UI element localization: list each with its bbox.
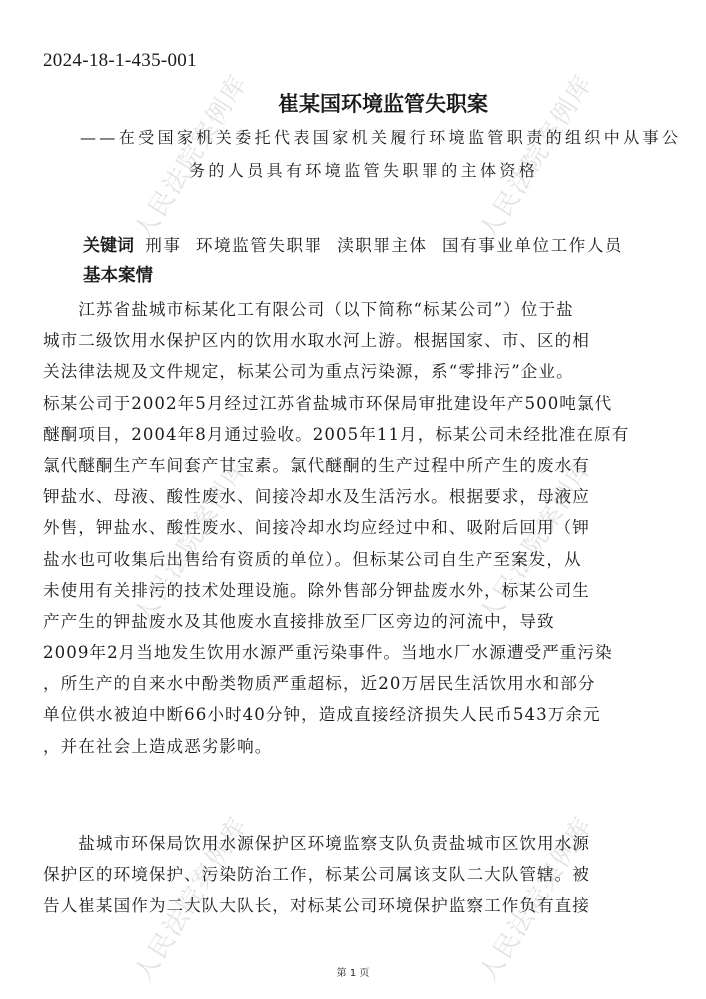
text-line: 单位供水被迫中断66小时40分钟，造成直接经济损失人民币543万余元 xyxy=(43,699,663,730)
case-id: 2024-18-1-435-001 xyxy=(43,50,197,72)
keyword: 渎职罪主体 xyxy=(337,236,428,255)
text-line: 关法律法规及文件规定，标某公司为重点污染源，系“零排污”企业。 xyxy=(43,356,663,387)
text-line: 告人崔某国作为二大队大队长，对标某公司环境保护监察工作负有直接 xyxy=(43,890,663,921)
text-line: ，所生产的自来水中酚类物质严重超标，近20万居民生活饮用水和部分 xyxy=(43,668,663,699)
page-prefix: 第 xyxy=(337,968,347,979)
text-line: 盐城市环保局饮用水源保护区环境监察支队负责盐城市区饮用水源 xyxy=(43,828,663,859)
text-line: 未使用有关排污的技术处理设施。除外售部分钾盐废水外，标某公司生 xyxy=(43,575,663,606)
keyword: 环境监管失职罪 xyxy=(196,236,323,255)
text-line: 盐水也可收集后出售给有资质的单位）。但标某公司自生产至案发，从 xyxy=(43,544,663,575)
keyword: 刑事 xyxy=(145,236,181,255)
text-line: 城市二级饮用水保护区内的饮用水取水河上游。根据国家、市、区的相 xyxy=(43,325,663,356)
text-line: 江苏省盐城市标某化工有限公司（以下简称“标某公司”）位于盐 xyxy=(43,294,663,325)
paragraph: 盐城市环保局饮用水源保护区环境监察支队负责盐城市区饮用水源 保护区的环境保护、污… xyxy=(43,828,663,922)
text-line: ，并在社会上造成恶劣影响。 xyxy=(43,731,663,762)
subtitle-line: 务的人员具有环境监管失职罪的主体资格 xyxy=(189,158,538,181)
text-line: 2009年2月当地发生饮用水源严重污染事件。当地水厂水源遭受严重污染 xyxy=(43,637,663,668)
document-title: 崔某国环境监管失职案 xyxy=(0,88,706,118)
text-line: 标某公司于2002年5月经过江苏省盐城市环保局审批建设年产500吨氯代 xyxy=(43,388,663,419)
text-line: 外售，钾盐水、酸性废水、间接冷却水均应经过中和、吸附后回用（钾 xyxy=(43,512,663,543)
keyword: 国有事业单位工作人员 xyxy=(442,236,623,255)
keywords-row: 关键词 刑事 环境监管失职罪 渎职罪主体 国有事业单位工作人员 xyxy=(83,231,632,256)
text-line: 钾盐水、母液、酸性废水、间接冷却水及生活污水。根据要求，母液应 xyxy=(43,481,663,512)
paragraph: 江苏省盐城市标某化工有限公司（以下简称“标某公司”）位于盐 城市二级饮用水保护区… xyxy=(43,294,663,762)
text-line: 醚酮项目，2004年8月通过验收。2005年11月，标某公司未经批准在原有 xyxy=(43,419,663,450)
text-line: 产产生的钾盐废水及其他废水直接排放至厂区旁边的河流中，导致 xyxy=(43,606,663,637)
section-heading: 基本案情 xyxy=(83,262,153,287)
keywords-label: 关键词 xyxy=(83,236,134,256)
document-page: 人民法院案例库 人民法院案例库 人民法院案例库 人民法院案例库 人民法院案例库 … xyxy=(0,0,706,999)
page-suffix: 页 xyxy=(359,968,369,979)
text-line: 氯代醚酮生产车间套产甘宝素。氯代醚酮的生产过程中所产生的废水有 xyxy=(43,450,663,481)
text-line: 保护区的环境保护、污染防治工作，标某公司属该支队二大队管辖。被 xyxy=(43,859,663,890)
subtitle-line: ——在受国家机关委托代表国家机关履行环境监管职责的组织中从事公 xyxy=(80,125,681,148)
page-number: 1 xyxy=(350,968,356,979)
page-footer: 第 1 页 xyxy=(0,964,706,979)
